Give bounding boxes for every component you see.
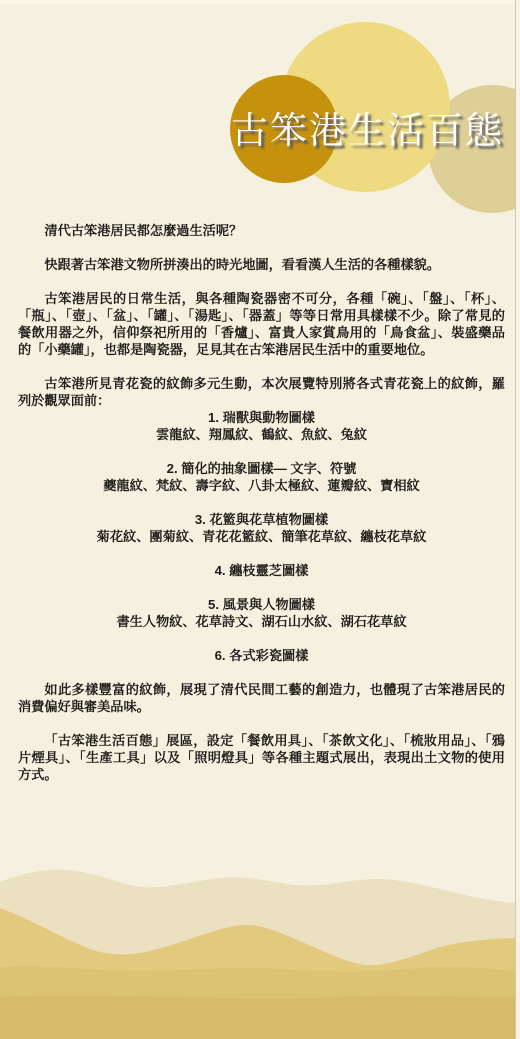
pattern-group-1: 1. 瑞獸與動物圖樣 雲龍紋、翔鳳紋、鶴紋、魚紋、兔紋 <box>18 409 505 443</box>
poster-body: 清代古笨港居民都怎麼過生活呢？ 快跟著古笨港文物所拼湊出的時光地圖，看看漢人生活… <box>18 222 505 800</box>
poster-screenshot: 古笨港生活百態 清代古笨港居民都怎麼過生活呢？ 快跟著古笨港文物所拼湊出的時光地… <box>0 0 520 1039</box>
pattern-group-heading: 5. 風景與人物圖樣 <box>18 596 505 613</box>
poster-page: 古笨港生活百態 清代古笨港居民都怎麼過生活呢？ 快跟著古笨港文物所拼湊出的時光地… <box>0 0 516 1039</box>
pattern-group-3: 3. 花籃與花草植物圖樣 菊花紋、團菊紋、青花花籃紋、簡筆花草紋、纏枝花草紋 <box>18 511 505 545</box>
intro-question: 清代古笨港居民都怎麼過生活呢？ <box>18 222 505 239</box>
dune-layer-4 <box>0 995 515 1039</box>
pattern-group-heading: 1. 瑞獸與動物圖樣 <box>18 409 505 426</box>
page-top-edge <box>0 0 515 4</box>
pattern-group-6: 6. 各式彩瓷圖樣 <box>18 647 505 664</box>
poster-title: 古笨港生活百態 <box>231 112 504 149</box>
pattern-group-items: 雲龍紋、翔鳳紋、鶴紋、魚紋、兔紋 <box>18 426 505 443</box>
pattern-group-items: 菊花紋、團菊紋、青花花籃紋、簡筆花草紋、纏枝花草紋 <box>18 528 505 545</box>
pattern-group-heading: 3. 花籃與花草植物圖樣 <box>18 511 505 528</box>
pattern-group-heading: 2. 簡化的抽象圖樣— 文字、符號 <box>18 460 505 477</box>
pattern-list: 1. 瑞獸與動物圖樣 雲龍紋、翔鳳紋、鶴紋、魚紋、兔紋 2. 簡化的抽象圖樣— … <box>18 409 505 664</box>
intro-lead: 快跟著古笨港文物所拼湊出的時光地圖，看看漢人生活的各種樣貌。 <box>18 256 505 273</box>
para-exhibit-zones: 「古笨港生活百態」展區，設定「餐飲用具」、「茶飲文化」、「梳妝用品」、「鴉片煙具… <box>18 732 505 783</box>
pattern-group-heading: 4. 纏枝靈芝圖樣 <box>18 562 505 579</box>
para-daily-life: 古笨港居民的日常生活，與各種陶瓷器密不可分，各種「碗」、「盤」、「杯」、「瓶」、… <box>18 290 505 358</box>
para-creativity: 如此多樣豐富的紋飾，展現了清代民間工藝的創造力，也體現了古笨港居民的消費偏好與審… <box>18 681 505 715</box>
pattern-group-heading: 6. 各式彩瓷圖樣 <box>18 647 505 664</box>
pattern-group-5: 5. 風景與人物圖樣 書生人物紋、花草詩文、湖石山水紋、湖石花草紋 <box>18 596 505 630</box>
pattern-group-items: 書生人物紋、花草詩文、湖石山水紋、湖石花草紋 <box>18 613 505 630</box>
para-patterns-intro: 古笨港所見青花瓷的紋飾多元生動，本次展覽特別將各式青花瓷上的紋飾，羅列於觀眾面前… <box>18 375 505 409</box>
pattern-group-4: 4. 纏枝靈芝圖樣 <box>18 562 505 579</box>
pattern-group-2: 2. 簡化的抽象圖樣— 文字、符號 夔龍紋、梵紋、壽字紋、八卦太極紋、蓮瓣紋、寶… <box>18 460 505 494</box>
pattern-group-items: 夔龍紋、梵紋、壽字紋、八卦太極紋、蓮瓣紋、寶相紋 <box>18 477 505 494</box>
sand-dunes-graphic <box>0 859 515 1039</box>
